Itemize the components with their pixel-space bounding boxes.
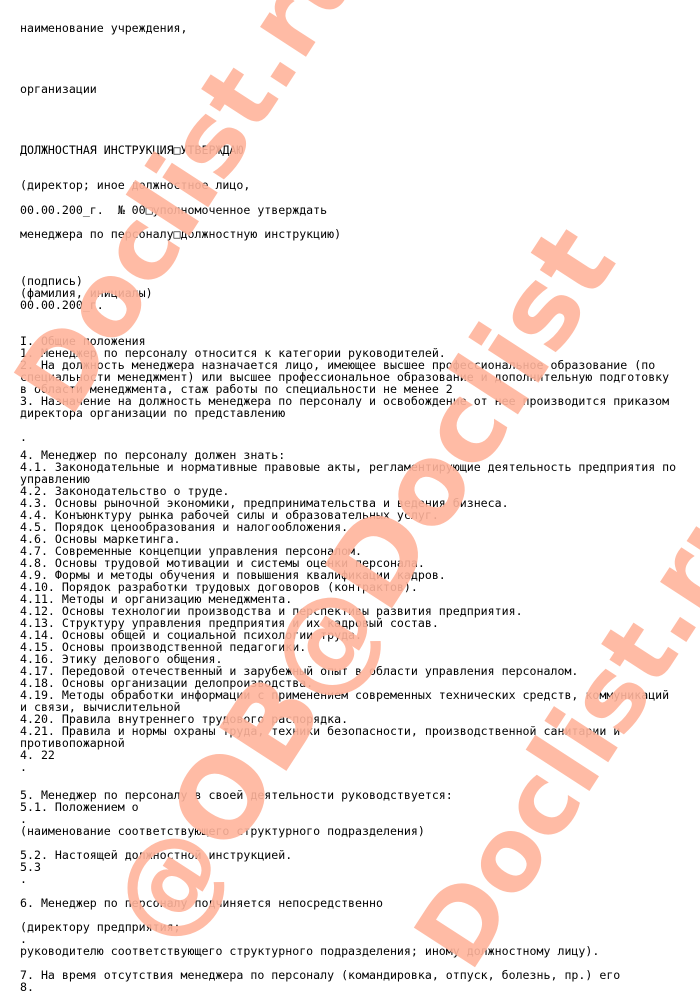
approver-line-3: менеджера по персоналу□должностную инстр… [20,228,341,240]
subdivision-note: (наименование соответствующего структурн… [20,825,425,837]
separator-dot: . [20,873,27,885]
list-item: 4.1. Законодательные и нормативные право… [20,461,676,473]
paragraph-5-1: 5.1. Положением о [20,801,139,813]
org-name-label: наименование учреждения, [20,22,188,34]
section-6-line-2: руководителю соответствующего структурно… [20,945,599,957]
paragraph-7: 7. На время отсутствия менеджера по перс… [20,969,620,981]
section-6-heading: 6. Менеджер по персоналу подчиняется неп… [20,897,383,909]
separator-dot: . [20,431,27,443]
list-item: . [20,761,27,773]
document-title: ДОЛЖНОСТНАЯ ИНСТРУКЦИЯ□УТВЕРЖДАЮ [20,144,243,156]
org-label: организации [20,83,97,95]
section-6-line-1: (директору предприятия; [20,921,181,933]
paragraph-8: 8. [20,981,34,993]
paragraph-5-2: 5.2. Настоящей должностной инструкцией. [20,849,292,861]
approver-line-2: 00.00.200_г. № 00□уполномоченное утвержд… [20,204,327,216]
approval-date: 00.00.200_г. [20,299,104,311]
paragraph-3-line-2: директора организации по представлению [20,407,285,419]
approver-line-1: (директор; иное должностное лицо, [20,179,250,191]
